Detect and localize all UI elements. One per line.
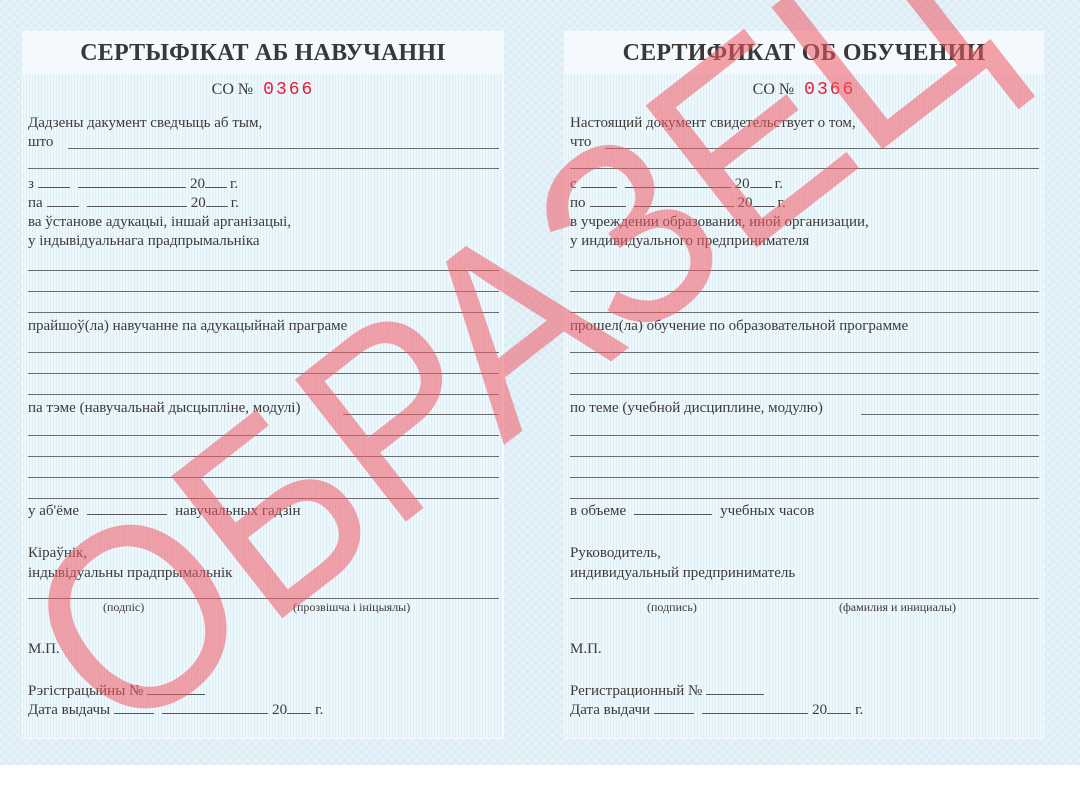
head-title-1: Руководитель, bbox=[570, 544, 1039, 562]
volume-label: у аб'ёме bbox=[28, 503, 79, 519]
day-blank[interactable] bbox=[654, 701, 694, 714]
signature-caption: (подпись) bbox=[647, 600, 697, 615]
registration-row[interactable]: Рэгістрацыйны № bbox=[28, 682, 499, 700]
month-blank[interactable] bbox=[634, 194, 734, 207]
registration-label: Регистрационный № bbox=[570, 683, 702, 699]
topic-line[interactable] bbox=[343, 414, 499, 415]
year-prefix: 20 bbox=[812, 702, 827, 718]
registration-label: Рэгістрацыйны № bbox=[28, 683, 143, 699]
head-title-2: індывідуальны прадпрымальнік bbox=[28, 564, 499, 582]
recipient-label: что bbox=[570, 134, 591, 150]
institution-line[interactable] bbox=[28, 270, 499, 271]
month-blank[interactable] bbox=[702, 701, 808, 714]
program-line[interactable] bbox=[28, 394, 499, 395]
page-title: СЕРТЫФІКАТ АБ НАВУЧАННІ bbox=[80, 40, 446, 66]
title-band: СЕРТЫФІКАТ АБ НАВУЧАННІ bbox=[23, 32, 503, 74]
recipient-line-2[interactable] bbox=[570, 168, 1039, 169]
hours-blank[interactable] bbox=[634, 502, 712, 515]
year-prefix: 20 bbox=[738, 195, 753, 211]
institution-text-2: у індывідуальнага прадпрымальніка bbox=[28, 232, 499, 250]
head-title-1: Кіраўнік, bbox=[28, 544, 499, 562]
serial-number: 0366 bbox=[804, 80, 855, 100]
name-caption: (прозвішча і ініцыялы) bbox=[293, 600, 410, 615]
stamp-label: М.П. bbox=[570, 640, 1039, 658]
topic-line[interactable] bbox=[28, 435, 499, 436]
signature-caption: (подпіс) bbox=[103, 600, 144, 615]
topic-line[interactable] bbox=[28, 498, 499, 499]
recipient-label: што bbox=[28, 134, 53, 150]
date-from-label: з bbox=[28, 176, 34, 192]
serial-label: СО № bbox=[212, 81, 254, 98]
issue-date-row[interactable]: Дата выдачы20г. bbox=[28, 701, 499, 719]
date-to-row[interactable]: по20г. bbox=[570, 194, 1039, 212]
year-suffix: г. bbox=[230, 176, 238, 192]
topic-label: па тэме (навучальнай дысцыпліне, модулі) bbox=[28, 400, 300, 416]
issue-date-label: Дата выдачи bbox=[570, 702, 650, 718]
institution-text-1: в учреждении образования, иной организац… bbox=[570, 213, 1039, 231]
year-prefix: 20 bbox=[190, 176, 205, 192]
issue-date-row[interactable]: Дата выдачи20г. bbox=[570, 701, 1039, 719]
program-line[interactable] bbox=[28, 352, 499, 353]
date-from-label: с bbox=[570, 176, 577, 192]
recipient-line-2[interactable] bbox=[28, 168, 499, 169]
day-blank[interactable] bbox=[47, 194, 79, 207]
year-blank[interactable] bbox=[827, 701, 851, 714]
program-label: прайшоў(ла) навучанне па адукацыйнай пра… bbox=[28, 317, 499, 335]
volume-row[interactable]: у аб'ёменавучальных гадзін bbox=[28, 502, 499, 520]
registration-blank[interactable] bbox=[147, 682, 205, 695]
serial-number: 0366 bbox=[263, 80, 314, 100]
year-suffix: г. bbox=[855, 702, 863, 718]
topic-line[interactable] bbox=[570, 456, 1039, 457]
year-blank[interactable] bbox=[753, 194, 775, 207]
institution-line[interactable] bbox=[570, 270, 1039, 271]
topic-line[interactable] bbox=[570, 477, 1039, 478]
day-blank[interactable] bbox=[114, 701, 154, 714]
program-line[interactable] bbox=[570, 373, 1039, 374]
stamp-label: М.П. bbox=[28, 640, 499, 658]
title-band: СЕРТИФИКАТ ОБ ОБУЧЕНИИ bbox=[565, 32, 1043, 74]
page-title: СЕРТИФИКАТ ОБ ОБУЧЕНИИ bbox=[623, 40, 986, 66]
signature-line[interactable] bbox=[570, 598, 1039, 599]
year-blank[interactable] bbox=[206, 194, 228, 207]
institution-line[interactable] bbox=[570, 312, 1039, 313]
serial-number-row: СО №0366 bbox=[565, 80, 1043, 100]
month-blank[interactable] bbox=[625, 175, 731, 188]
date-from-row[interactable]: з20г. bbox=[28, 175, 499, 193]
year-prefix: 20 bbox=[191, 195, 206, 211]
year-suffix: г. bbox=[778, 195, 786, 211]
institution-line[interactable] bbox=[570, 291, 1039, 292]
recipient-line[interactable] bbox=[68, 148, 499, 149]
program-line[interactable] bbox=[570, 352, 1039, 353]
program-line[interactable] bbox=[570, 394, 1039, 395]
registration-row[interactable]: Регистрационный № bbox=[570, 682, 1039, 700]
certificate-page-russian: СЕРТИФИКАТ ОБ ОБУЧЕНИИ СО №0366 Настоящи… bbox=[564, 31, 1044, 739]
volume-label: в объеме bbox=[570, 503, 626, 519]
certificate-page-belarusian: СЕРТЫФІКАТ АБ НАВУЧАННІ СО №0366 Дадзены… bbox=[22, 31, 504, 739]
signature-line[interactable] bbox=[28, 598, 499, 599]
registration-blank[interactable] bbox=[706, 682, 764, 695]
day-blank[interactable] bbox=[590, 194, 626, 207]
year-prefix: 20 bbox=[735, 176, 750, 192]
certificate-spread: СЕРТЫФІКАТ АБ НАВУЧАННІ СО №0366 Дадзены… bbox=[0, 0, 1080, 765]
program-label: прошел(ла) обучение по образовательной п… bbox=[570, 317, 1039, 335]
month-blank[interactable] bbox=[162, 701, 268, 714]
volume-row[interactable]: в объемеучебных часов bbox=[570, 502, 1039, 520]
hours-blank[interactable] bbox=[87, 502, 167, 515]
year-suffix: г. bbox=[231, 195, 239, 211]
topic-line[interactable] bbox=[28, 456, 499, 457]
intro-text: Настоящий документ свидетельствует о том… bbox=[570, 114, 1039, 132]
program-line[interactable] bbox=[28, 373, 499, 374]
institution-text-1: ва ўстанове адукацыі, іншай арганізацыі, bbox=[28, 213, 499, 231]
topic-line[interactable] bbox=[570, 498, 1039, 499]
year-suffix: г. bbox=[315, 702, 323, 718]
serial-label: СО № bbox=[753, 81, 795, 98]
topic-line[interactable] bbox=[861, 414, 1039, 415]
date-from-row[interactable]: с20г. bbox=[570, 175, 1039, 193]
serial-number-row: СО №0366 bbox=[23, 80, 503, 100]
date-to-label: по bbox=[570, 195, 586, 211]
day-blank[interactable] bbox=[581, 175, 617, 188]
institution-line[interactable] bbox=[28, 312, 499, 313]
topic-line[interactable] bbox=[28, 477, 499, 478]
date-to-label: па bbox=[28, 195, 43, 211]
year-blank[interactable] bbox=[205, 175, 227, 188]
year-suffix: г. bbox=[775, 176, 783, 192]
date-to-row[interactable]: па20г. bbox=[28, 194, 499, 212]
institution-text-2: у индивидуального предпринимателя bbox=[570, 232, 1039, 250]
intro-text: Дадзены дакумент сведчыць аб тым, bbox=[28, 114, 499, 132]
issue-date-label: Дата выдачы bbox=[28, 702, 110, 718]
month-blank[interactable] bbox=[87, 194, 187, 207]
day-blank[interactable] bbox=[38, 175, 70, 188]
volume-unit: учебных часов bbox=[720, 503, 814, 519]
topic-label: по теме (учебной дисциплине, модулю) bbox=[570, 400, 823, 416]
year-prefix: 20 bbox=[272, 702, 287, 718]
institution-line[interactable] bbox=[28, 291, 499, 292]
year-blank[interactable] bbox=[750, 175, 772, 188]
month-blank[interactable] bbox=[78, 175, 186, 188]
volume-unit: навучальных гадзін bbox=[175, 503, 301, 519]
recipient-line[interactable] bbox=[605, 148, 1039, 149]
topic-line[interactable] bbox=[570, 435, 1039, 436]
year-blank[interactable] bbox=[287, 701, 311, 714]
head-title-2: индивидуальный предприниматель bbox=[570, 564, 1039, 582]
name-caption: (фамилия и инициалы) bbox=[839, 600, 956, 615]
